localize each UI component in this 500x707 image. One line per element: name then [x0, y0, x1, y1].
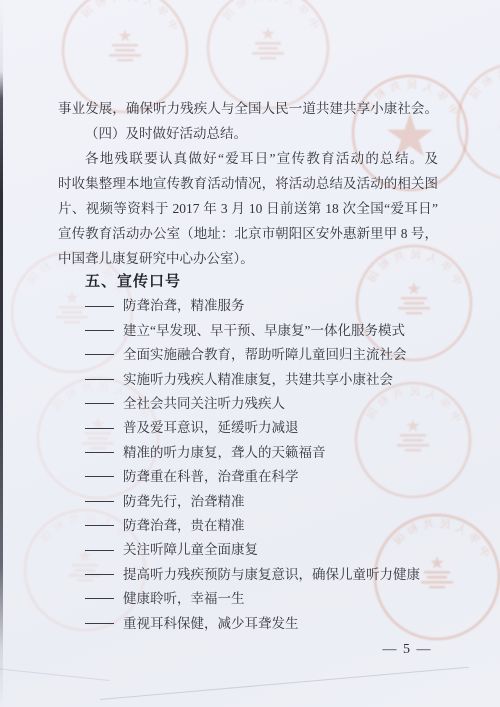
document-body: 事业发展，确保听力残疾人与全国人民一道共建共享小康社会。 （四）及时做好活动总结… [58, 96, 438, 635]
em-dash-rule [85, 354, 114, 355]
em-dash-rule [85, 452, 114, 453]
slogan-text: 建立“早发现、早干预、早康复”一体化服务模式 [123, 324, 405, 338]
svg-text:中华人民共和国: 中华人民共和国 [218, 0, 321, 32]
seal-stamp: 中华人民共和国 [208, 0, 328, 108]
slogan-text: 普及爱耳意识，延缓听力减退 [123, 421, 299, 435]
slogan-line: 防聋治聋，贵在精准 [58, 514, 438, 538]
slogan-text: 关注听障儿童全面康复 [123, 543, 258, 557]
body-line: 宣传教育活动办公室（地址：北京市朝阳区安外惠新里甲 8 号， [58, 221, 438, 246]
em-dash-rule [85, 550, 114, 551]
slogan-text: 提高听力残疾预防与康复意识，确保儿童听力健康 [123, 568, 420, 582]
slogan-text: 全面实施融合教育，帮助听障儿童回归主流社会 [123, 348, 407, 362]
svg-text:中华人民共和国: 中华人民共和国 [76, 0, 180, 33]
slogan-line: 防聋先行，治聋精准 [58, 489, 438, 513]
slogan-line: 健康聆听，幸福一生 [58, 587, 438, 611]
em-dash-rule [85, 501, 114, 502]
slogan-line: 全社会共同关注听力残疾人 [58, 392, 438, 416]
slogan-line: 普及爱耳意识，延缓听力减退 [58, 416, 438, 440]
slogan-line: 建立“早发现、早干预、早康复”一体化服务模式 [58, 318, 438, 342]
em-dash-rule [85, 379, 114, 380]
slogan-line: 实施听力残疾人精准康复，共建共享小康社会 [58, 367, 438, 391]
em-dash-rule [85, 525, 114, 526]
em-dash-rule [85, 574, 114, 575]
em-dash-rule [85, 476, 114, 477]
body-line: 片、视频等资料于 2017 年 3 月 10 日前送第 18 次全国“爱耳日” [58, 196, 438, 221]
slogan-line: 提高听力残疾预防与康复意识，确保儿童听力健康 [58, 562, 438, 586]
slogan-line: 关注听障儿童全面康复 [58, 538, 438, 562]
slogan-line: 重视耳科保健，减少耳聋发生 [58, 611, 438, 635]
slogan-line: 防聋重在科普，治聋重在科学 [58, 465, 438, 489]
slogan-text: 防聋治聋，贵在精准 [123, 519, 245, 533]
slogan-line: 防聋治聋，精准服务 [58, 294, 438, 318]
em-dash-rule [85, 598, 114, 599]
slogan-text: 实施听力残疾人精准康复，共建共享小康社会 [123, 373, 393, 387]
body-line: 各地残联要认真做好“爱耳日”宣传教育活动的总结。及 [58, 146, 438, 171]
page-number: — 5 — [58, 641, 432, 658]
body-line: （四）及时做好活动总结。 [58, 121, 438, 146]
section-heading: 五、宣传口号 [58, 271, 438, 294]
em-dash-rule [85, 428, 114, 429]
slogan-line: 精准的听力康复，聋人的天籁福音 [58, 440, 438, 464]
slogan-text: 防聋治聋，精准服务 [123, 299, 245, 313]
seal-stamp: 中华人民共和国 [458, 64, 500, 180]
body-line: 时收集整理本地宣传教育活动情况，将活动总结及活动的相关图 [58, 171, 438, 196]
slogan-text: 防聋先行，治聋精准 [123, 495, 245, 509]
body-line: 事业发展，确保听力残疾人与全国人民一道共建共享小康社会。 [58, 96, 438, 121]
body-line: 中国聋儿康复研究中心办公室）。 [58, 246, 438, 271]
em-dash-rule [85, 306, 114, 307]
em-dash-rule [85, 403, 114, 404]
scanned-document-page: 中华人民共和国中华人民共和国中华人民共和国中华人民共和国中华人民共和国中华人民共… [0, 0, 500, 707]
em-dash-rule [85, 330, 114, 331]
slogan-text: 全社会共同关注听力残疾人 [123, 397, 285, 411]
slogan-text: 健康聆听，幸福一生 [123, 592, 245, 606]
slogan-text: 精准的听力康复，聋人的天籁福音 [123, 446, 326, 460]
em-dash-rule [85, 623, 114, 624]
slogan-text: 重视耳科保健，减少耳聋发生 [123, 617, 299, 631]
slogan-line: 全面实施融合教育，帮助听障儿童回归主流社会 [58, 343, 438, 367]
slogan-text: 防聋重在科普，治聋重在科学 [123, 470, 299, 484]
